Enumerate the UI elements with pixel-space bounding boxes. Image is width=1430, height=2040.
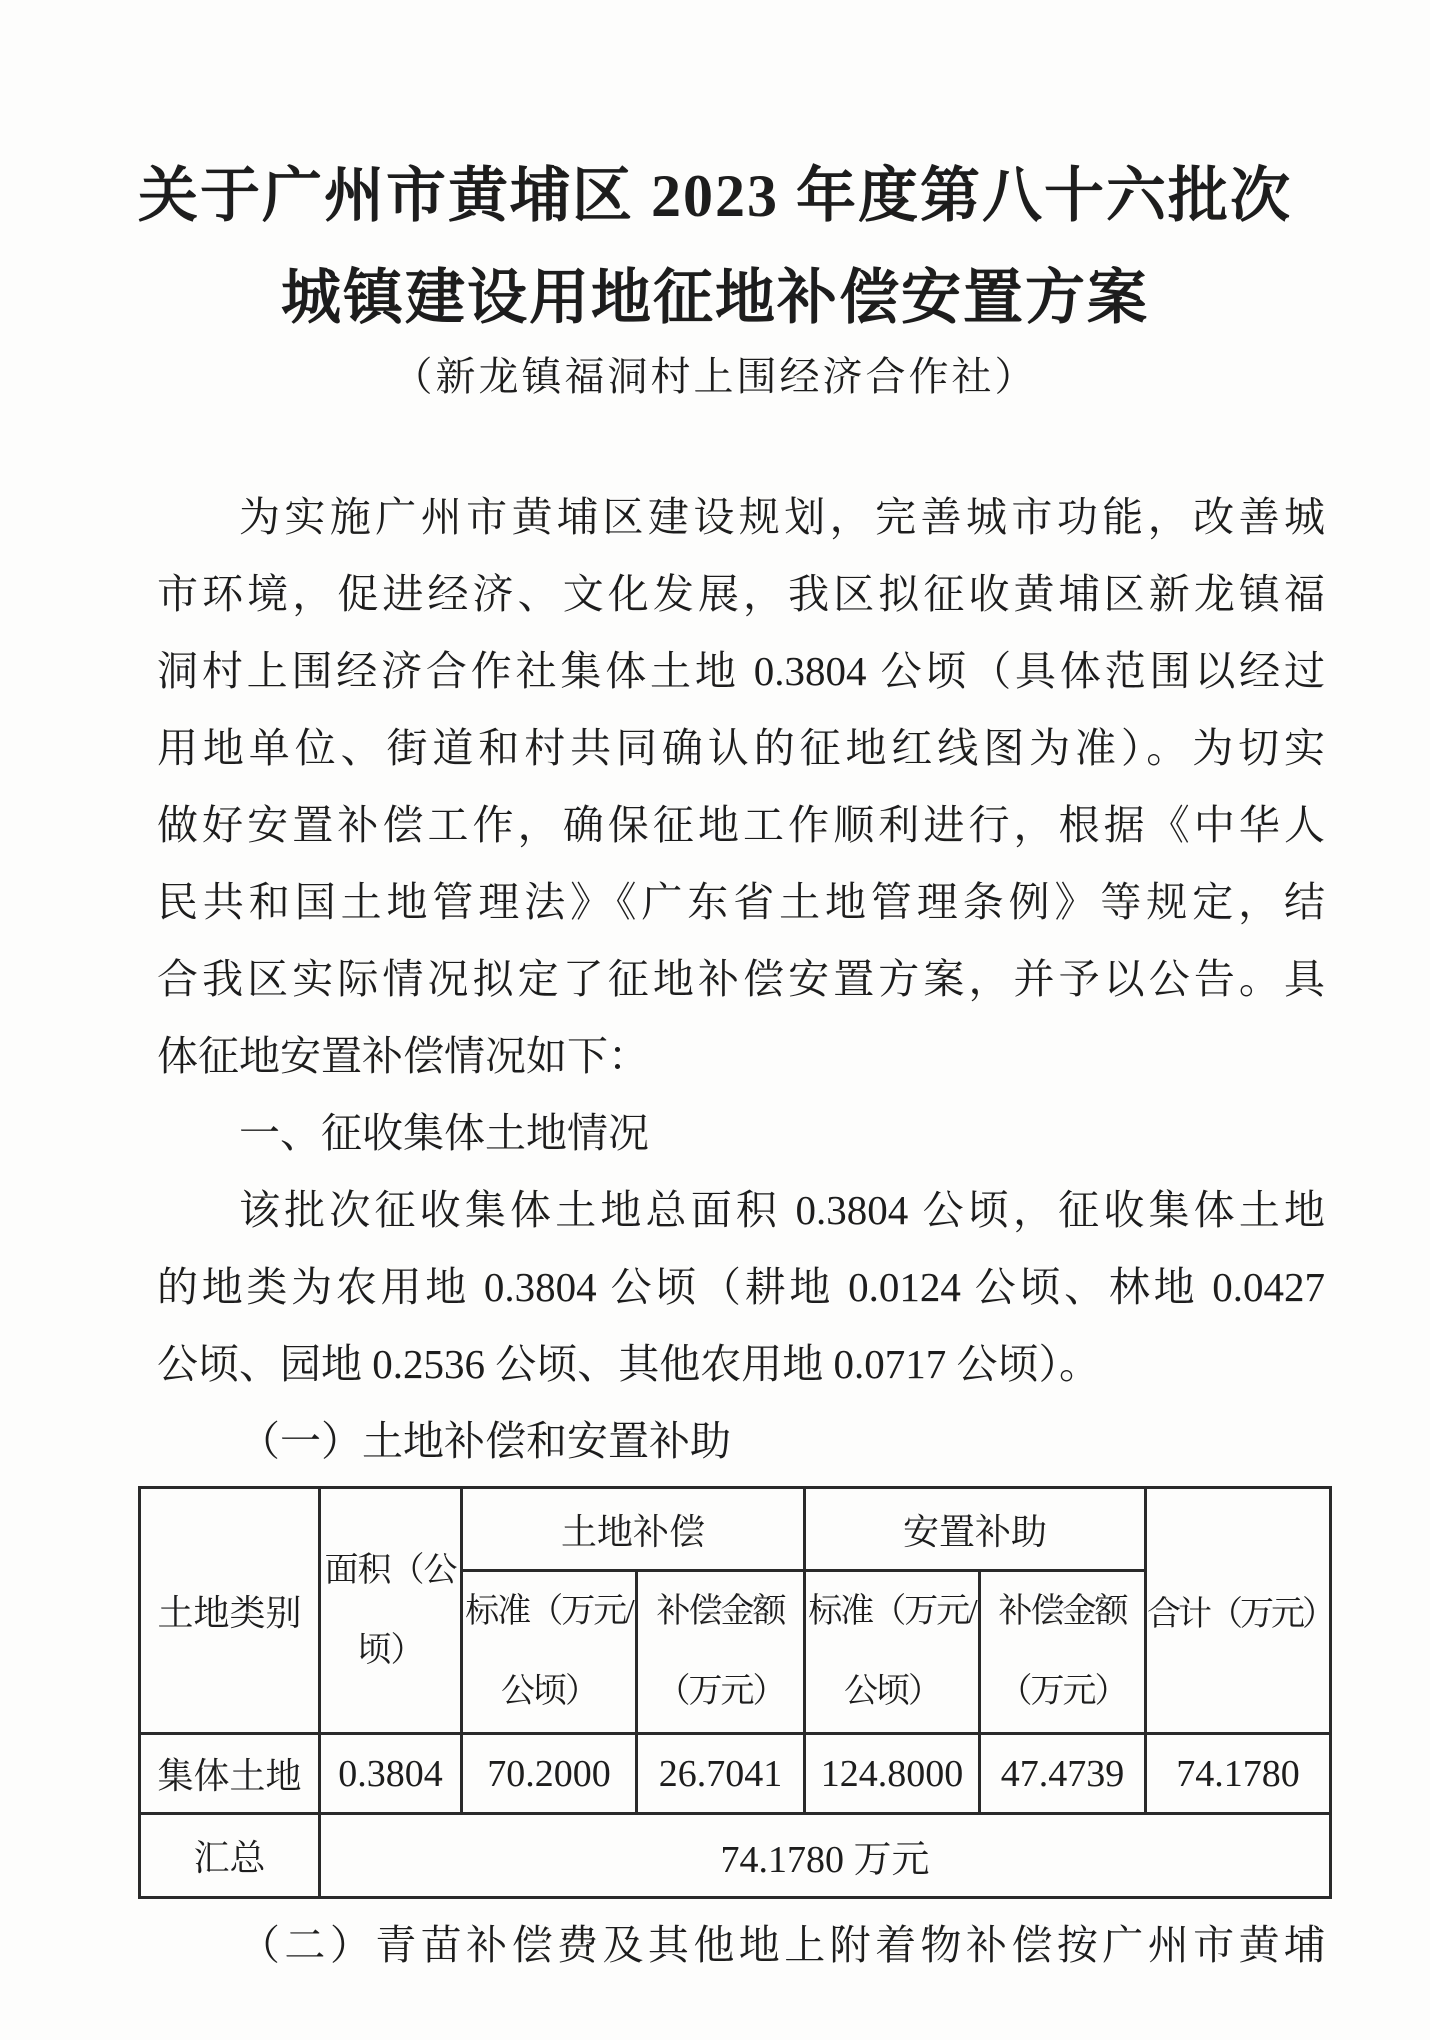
document-title-line1: 关于广州市黄埔区 2023 年度第八十六批次 xyxy=(60,145,1370,247)
document-subtitle: （新龙镇福洞村上围经济合作社） xyxy=(0,349,1430,405)
section-heading-1: 一、征收集体土地情况 xyxy=(157,1095,1325,1172)
body-line: 洞村上围经济合作社集体土地 0.3804 公顷（具体范围以经过 xyxy=(157,633,1325,710)
header-cell-resettle-standard-line1: 标准（万元/ xyxy=(806,1572,978,1652)
header-cell-land-standard: 标准（万元/ 公顷） xyxy=(462,1571,637,1734)
body-line: 民共和国土地管理法》《广东省土地管理条例》等规定，结 xyxy=(157,864,1325,941)
body-line: 做好安置补偿工作，确保征地工作顺利进行，根据《中华人 xyxy=(157,787,1325,864)
document-title: 关于广州市黄埔区 2023 年度第八十六批次 城镇建设用地征地补偿安置方案 xyxy=(60,145,1370,349)
body-line: 合我区实际情况拟定了征地补偿安置方案，并予以公告。具 xyxy=(157,941,1325,1018)
header-cell-land-amount: 补偿金额 （万元） xyxy=(637,1571,805,1734)
body-line: 该批次征收集体土地总面积 0.3804 公顷，征收集体土地 xyxy=(157,1172,1325,1249)
summary-value: 74.1780 万元 xyxy=(320,1814,1331,1898)
closing-line: （二）青苗补偿费及其他地上附着物补偿按广州市黄埔 xyxy=(157,1907,1325,1984)
header-cell-area: 面积（公 顷） xyxy=(320,1488,462,1734)
header-cell-resettle-standard: 标准（万元/ 公顷） xyxy=(805,1571,980,1734)
document-title-line2: 城镇建设用地征地补偿安置方案 xyxy=(60,247,1370,349)
header-cell-resettle-amount-line2: （万元） xyxy=(981,1652,1144,1732)
compensation-table: 土地类别 面积（公 顷） 土地补偿 安置补助 合计（万元） 标准（万元/ 公顷） xyxy=(138,1486,1332,1899)
table-row: 集体土地 0.3804 70.2000 26.7041 124.8000 47.… xyxy=(140,1734,1331,1814)
cell-area: 0.3804 xyxy=(320,1734,462,1814)
header-group-resettlement-subsidy: 安置补助 xyxy=(805,1488,1146,1571)
cell-land-standard: 70.2000 xyxy=(462,1734,637,1814)
header-cell-total: 合计（万元） xyxy=(1146,1488,1331,1734)
header-cell-resettle-amount-line1: 补偿金额 xyxy=(981,1572,1144,1652)
header-cell-land-standard-line2: 公顷） xyxy=(463,1652,635,1732)
cell-total: 74.1780 xyxy=(1146,1734,1331,1814)
header-cell-area-line1: 面积（公 xyxy=(321,1531,460,1611)
cell-land-amount: 26.7041 xyxy=(637,1734,805,1814)
cell-resettle-standard: 124.8000 xyxy=(805,1734,980,1814)
subsection-heading-1: （一）土地补偿和安置补助 xyxy=(157,1403,1325,1480)
body-line: 公顷、园地 0.2536 公顷、其他农用地 0.0717 公顷）。 xyxy=(157,1326,1325,1403)
body-line: 体征地安置补偿情况如下： xyxy=(157,1018,1325,1095)
summary-label: 汇总 xyxy=(140,1814,320,1898)
body-line: 用地单位、街道和村共同确认的征地红线图为准）。为切实 xyxy=(157,710,1325,787)
header-cell-land-amount-line1: 补偿金额 xyxy=(638,1572,803,1652)
header-group-land-compensation: 土地补偿 xyxy=(462,1488,805,1571)
header-cell-resettle-standard-line2: 公顷） xyxy=(806,1652,978,1732)
body-line: 为实施广州市黄埔区建设规划，完善城市功能，改善城 xyxy=(157,479,1325,556)
header-cell-land-standard-line1: 标准（万元/ xyxy=(463,1572,635,1652)
body-line: 市环境，促进经济、文化发展，我区拟征收黄埔区新龙镇福 xyxy=(157,556,1325,633)
table-header-row-groups: 土地类别 面积（公 顷） 土地补偿 安置补助 合计（万元） xyxy=(140,1488,1331,1571)
table-summary-row: 汇总 74.1780 万元 xyxy=(140,1814,1331,1898)
body-line: 的地类为农用地 0.3804 公顷（耕地 0.0124 公顷、林地 0.0427 xyxy=(157,1249,1325,1326)
header-cell-land-type: 土地类别 xyxy=(140,1488,320,1734)
cell-resettle-amount: 47.4739 xyxy=(980,1734,1146,1814)
document-page: 关于广州市黄埔区 2023 年度第八十六批次 城镇建设用地征地补偿安置方案 （新… xyxy=(0,0,1430,2040)
header-cell-resettle-amount: 补偿金额 （万元） xyxy=(980,1571,1146,1734)
document-body: 为实施广州市黄埔区建设规划，完善城市功能，改善城 市环境，促进经济、文化发展，我… xyxy=(157,479,1325,1899)
compensation-table-wrap: 土地类别 面积（公 顷） 土地补偿 安置补助 合计（万元） 标准（万元/ 公顷） xyxy=(138,1486,1325,1899)
closing-paragraph: （二）青苗补偿费及其他地上附着物补偿按广州市黄埔 xyxy=(157,1907,1325,1984)
cell-land-type: 集体土地 xyxy=(140,1734,320,1814)
header-cell-area-line2: 顷） xyxy=(321,1611,460,1691)
header-cell-land-amount-line2: （万元） xyxy=(638,1652,803,1732)
